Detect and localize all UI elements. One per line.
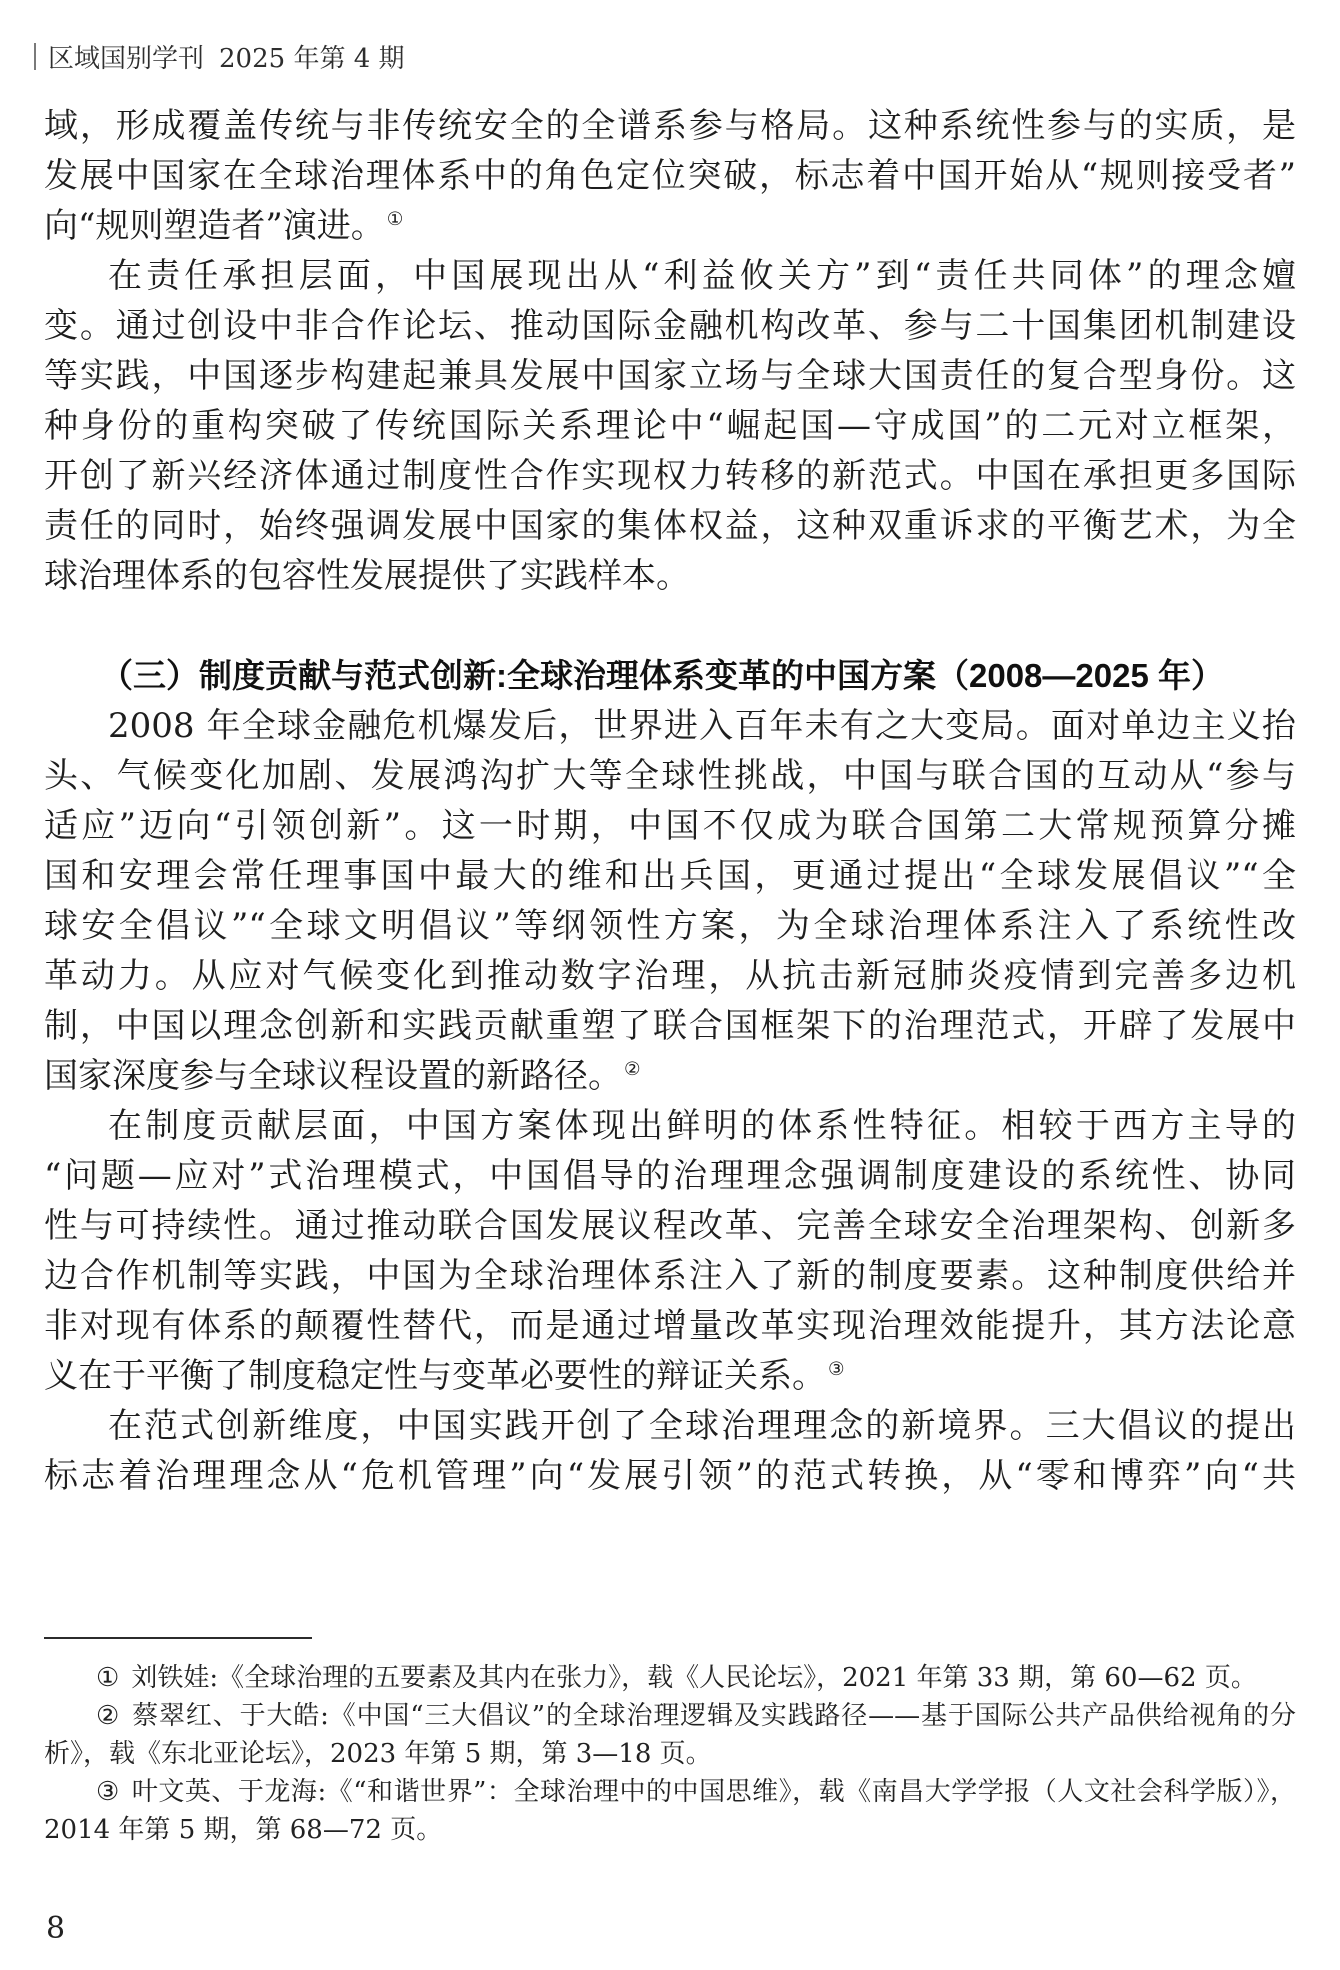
text-line: 变。通过创设中非合作论坛、推动国际金融机构改革、参与二十国集团机制建设 <box>44 301 1296 351</box>
footnote: ③叶文英、于龙海:《“和谐世界”：全球治理中的中国思维》，载《南昌大学学报（人文… <box>44 1773 1296 1849</box>
journal-page: 区域国别学刊 2025 年第 4 期 域，形成覆盖传统与非传统安全的全谱系参与格… <box>0 0 1340 1970</box>
text-line: 在责任承担层面，中国展现出从“利益攸关方”到“责任共同体”的理念嬗 <box>44 251 1296 301</box>
text-line: 国和安理会常任理事国中最大的维和出兵国，更通过提出“全球发展倡议”“全 <box>44 851 1296 901</box>
footnote-text: 刘铁娃:《全球治理的五要素及其内在张力》，载《人民论坛》，2021 年第 33 … <box>131 1663 1257 1693</box>
text-line: 在范式创新维度，中国实践开创了全球治理理念的新境界。三大倡议的提出 <box>44 1401 1296 1451</box>
footnote-marker: ① <box>96 1663 119 1693</box>
paragraph: 在范式创新维度，中国实践开创了全球治理理念的新境界。三大倡议的提出 标志着治理理… <box>44 1401 1296 1501</box>
line-text: 国家深度参与全球议程设置的新路径。 <box>44 1056 622 1096</box>
text-line: 球安全倡议”“全球文明倡议”等纲领性方案，为全球治理体系注入了系统性改 <box>44 901 1296 951</box>
text-line: 域，形成覆盖传统与非传统安全的全谱系参与格局。这种系统性参与的实质，是 <box>44 101 1296 151</box>
text-line: 向“规则塑造者”演进。① <box>44 201 1296 251</box>
article-body: 域，形成覆盖传统与非传统安全的全谱系参与格局。这种系统性参与的实质，是 发展中国… <box>44 101 1296 1501</box>
footnote: ②蔡翠红、于大皓:《中国“三大倡议”的全球治理逻辑及实践路径——基于国际公共产品… <box>44 1697 1296 1773</box>
text-line: 发展中国家在全球治理体系中的角色定位突破，标志着中国开始从“规则接受者” <box>44 151 1296 201</box>
paragraph: 域，形成覆盖传统与非传统安全的全谱系参与格局。这种系统性参与的实质，是 发展中国… <box>44 101 1296 251</box>
text-line: 制，中国以理念创新和实践贡献重塑了联合国框架下的治理范式，开辟了发展中 <box>44 1001 1296 1051</box>
text-line: 适应”迈向“引领创新”。这一时期，中国不仅成为联合国第二大常规预算分摊 <box>44 801 1296 851</box>
text-line: 责任的同时，始终强调发展中国家的集体权益，这种双重诉求的平衡艺术，为全 <box>44 501 1296 551</box>
text-line: 2008 年全球金融危机爆发后，世界进入百年未有之大变局。面对单边主义抬 <box>44 701 1296 751</box>
footnotes-section: ①刘铁娃:《全球治理的五要素及其内在张力》，载《人民论坛》，2021 年第 33… <box>44 1659 1296 1849</box>
text-line: 非对现有体系的颠覆性替代，而是通过增量改革实现治理效能提升，其方法论意 <box>44 1301 1296 1351</box>
text-line: 球治理体系的包容性发展提供了实践样本。 <box>44 551 1296 601</box>
text-line: 开创了新兴经济体通过制度性合作实现权力转移的新范式。中国在承担更多国际 <box>44 451 1296 501</box>
line-text: 义在于平衡了制度稳定性与变革必要性的辩证关系。 <box>44 1356 826 1396</box>
footnote-ref-1: ① <box>387 209 404 230</box>
line-text: 向“规则塑造者”演进。 <box>44 206 385 246</box>
page-header: 区域国别学刊 2025 年第 4 期 <box>34 38 405 75</box>
text-line: 种身份的重构突破了传统国际关系理论中“崛起国—守成国”的二元对立框架， <box>44 401 1296 451</box>
footnote-separator <box>44 1637 312 1639</box>
text-line: 标志着治理理念从“危机管理”向“发展引领”的范式转换，从“零和博弈”向“共 <box>44 1451 1296 1501</box>
footnote-ref-2: ② <box>624 1059 641 1080</box>
footnote-marker: ③ <box>96 1777 120 1807</box>
footnote-marker: ② <box>96 1701 120 1731</box>
text-line: 国家深度参与全球议程设置的新路径。② <box>44 1051 1296 1101</box>
text-line: 边合作机制等实践，中国为全球治理体系注入了新的制度要素。这种制度供给并 <box>44 1251 1296 1301</box>
header-rule-icon <box>34 43 36 70</box>
footnote-ref-3: ③ <box>828 1359 845 1380</box>
footnote-text: 叶文英、于龙海:《“和谐世界”：全球治理中的中国思维》，载《南昌大学学报（人文社… <box>44 1777 1296 1845</box>
section-heading: （三）制度贡献与范式创新:全球治理体系变革的中国方案（2008—2025 年） <box>44 651 1296 701</box>
journal-title: 区域国别学刊 <box>48 38 204 75</box>
paragraph: 在责任承担层面，中国展现出从“利益攸关方”到“责任共同体”的理念嬗 变。通过创设… <box>44 251 1296 601</box>
paragraph: 2008 年全球金融危机爆发后，世界进入百年未有之大变局。面对单边主义抬 头、气… <box>44 701 1296 1101</box>
text-line: 在制度贡献层面，中国方案体现出鲜明的体系性特征。相较于西方主导的 <box>44 1101 1296 1151</box>
footnote: ①刘铁娃:《全球治理的五要素及其内在张力》，载《人民论坛》，2021 年第 33… <box>44 1659 1296 1697</box>
paragraph: 在制度贡献层面，中国方案体现出鲜明的体系性特征。相较于西方主导的 “问题—应对”… <box>44 1101 1296 1401</box>
page-number: 8 <box>46 1911 65 1946</box>
issue-info: 2025 年第 4 期 <box>219 38 405 75</box>
text-line: 义在于平衡了制度稳定性与变革必要性的辩证关系。③ <box>44 1351 1296 1401</box>
footnote-text: 蔡翠红、于大皓:《中国“三大倡议”的全球治理逻辑及实践路径——基于国际公共产品供… <box>44 1701 1296 1769</box>
text-line: 性与可持续性。通过推动联合国发展议程改革、完善全球安全治理架构、创新多 <box>44 1201 1296 1251</box>
text-line: 革动力。从应对气候变化到推动数字治理，从抗击新冠肺炎疫情到完善多边机 <box>44 951 1296 1001</box>
text-line: 等实践，中国逐步构建起兼具发展中国家立场与全球大国责任的复合型身份。这 <box>44 351 1296 401</box>
text-line: “问题—应对”式治理模式，中国倡导的治理理念强调制度建设的系统性、协同 <box>44 1151 1296 1201</box>
text-line: 头、气候变化加剧、发展鸿沟扩大等全球性挑战，中国与联合国的互动从“参与 <box>44 751 1296 801</box>
